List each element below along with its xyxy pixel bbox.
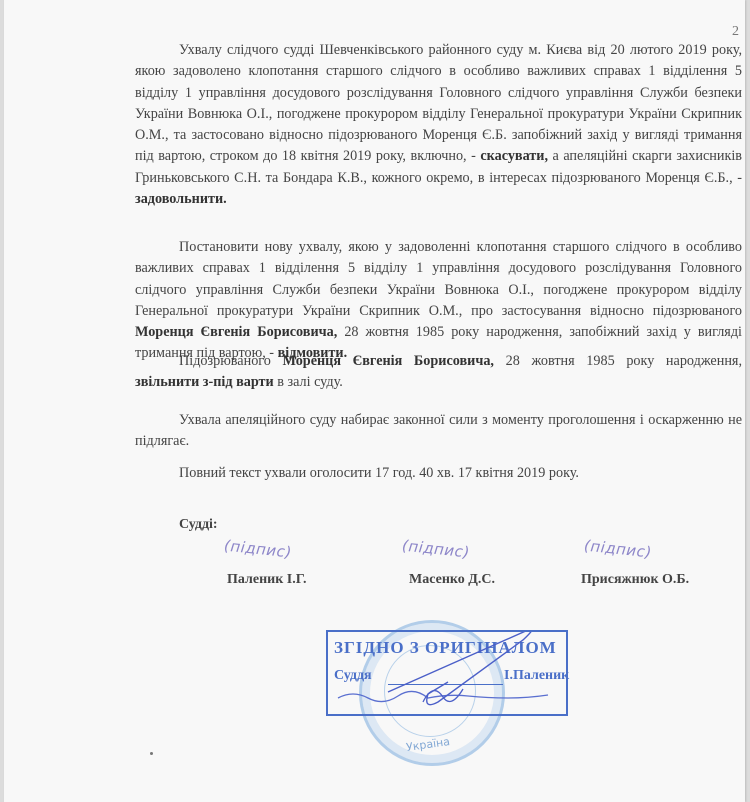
scan-speck	[150, 752, 153, 755]
signature-3: (підпис)	[583, 537, 652, 562]
paragraph-release: Підозрюваного Моренця Євгенія Борисовича…	[135, 351, 742, 394]
judges-label: Судді:	[179, 517, 218, 533]
paragraph-effect: Ухвала апеляційного суду набирає законно…	[135, 410, 742, 453]
page-number: 2	[732, 24, 739, 40]
signature-1: (підпис)	[223, 537, 292, 562]
judge-name-3: Присяжнюк О.Б.	[581, 572, 689, 588]
judge-name-1: Паленик І.Г.	[227, 572, 307, 588]
signature-2: (підпис)	[401, 537, 470, 562]
judge-name-2: Масенко Д.С.	[409, 572, 495, 588]
document-page: 2 Ухвалу слідчого судді Шевченківського …	[4, 0, 745, 802]
paragraph-cancel-ruling: Ухвалу слідчого судді Шевченківського ра…	[135, 40, 742, 210]
paragraph-new-ruling: Постановити нову ухвалу, якою у задоволе…	[135, 237, 742, 365]
certified-copy-stamp: ЗГІДНО З ОРИГІНАЛОМ Суддя І.Паленик	[326, 630, 568, 716]
paragraph-announcement: Повний текст ухвали оголосити 17 год. 40…	[135, 463, 742, 484]
handwritten-signature-icon	[328, 632, 566, 714]
